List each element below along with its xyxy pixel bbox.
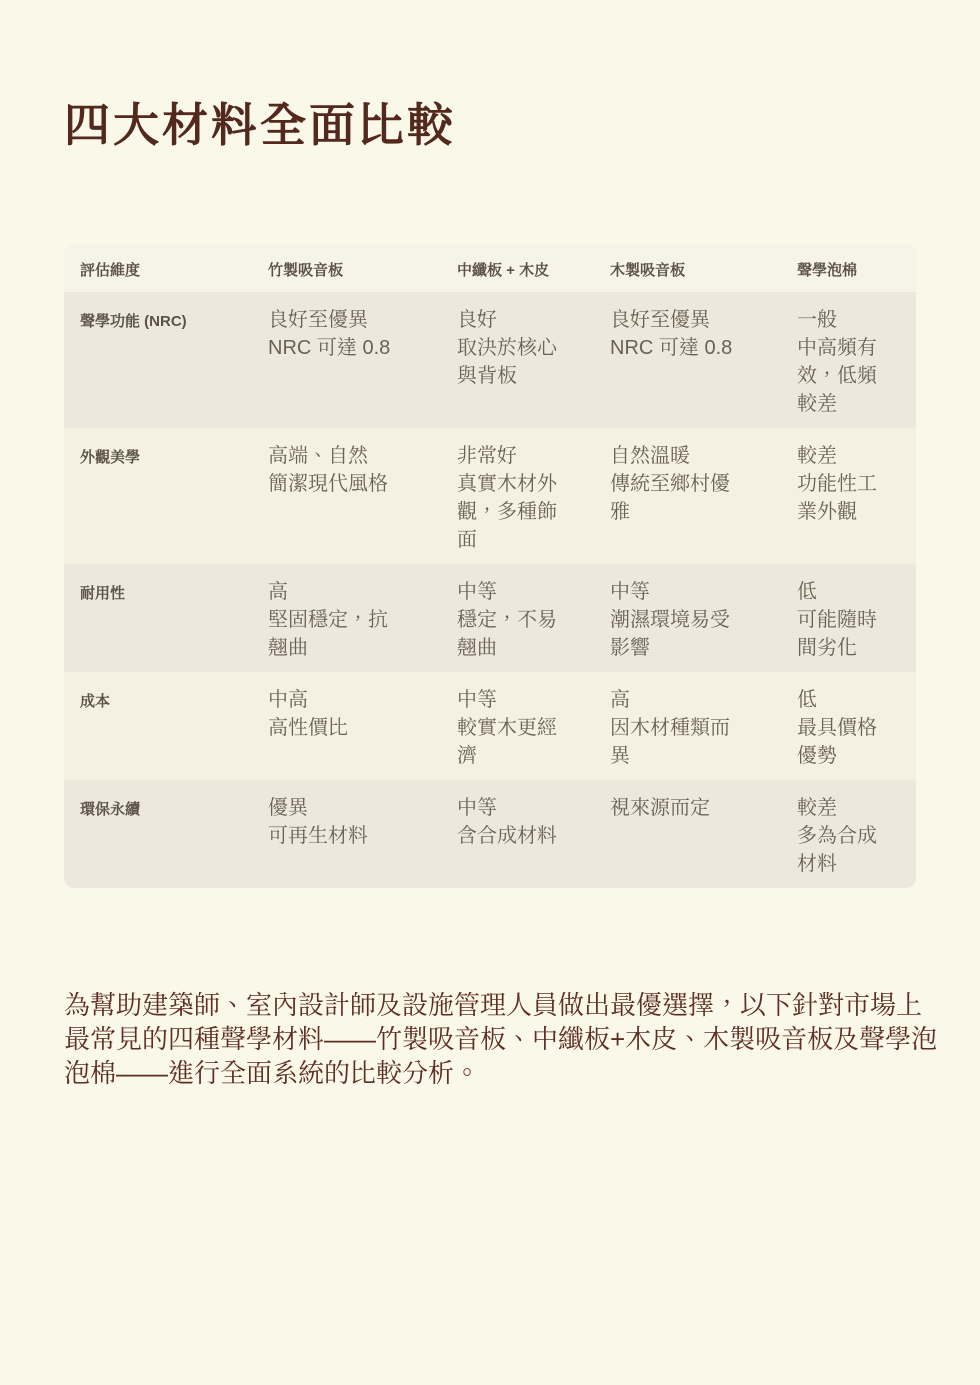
- row-label: 成本: [64, 672, 252, 780]
- page-content: 四大材料全面比較 評估維度 竹製吸音板 中纖板 + 木皮 木製吸音板 聲學泡棉: [0, 96, 980, 1090]
- table-header-row: 評估維度 竹製吸音板 中纖板 + 木皮 木製吸音板 聲學泡棉: [64, 244, 916, 292]
- table-cell: 中高 高性價比: [252, 672, 441, 780]
- table-cell: 低 可能隨時間劣化: [781, 564, 916, 672]
- table-cell: 低 最具價格優勢: [781, 672, 916, 780]
- table-cell: 中等 較實木更經濟: [441, 672, 594, 780]
- column-header-dimension: 評估維度: [64, 244, 252, 292]
- table-cell: 中等 含合成材料: [441, 780, 594, 888]
- page-title: 四大材料全面比較: [64, 96, 916, 156]
- table-cell: 高端、自然 簡潔現代風格: [252, 428, 441, 564]
- table-row-aesthetics: 外觀美學 高端、自然 簡潔現代風格 非常好 真實木材外觀，多種飾面 自然溫暖 傳…: [64, 428, 916, 564]
- table-cell: 良好 取決於核心與背板: [441, 292, 594, 428]
- row-label: 環保永續: [64, 780, 252, 888]
- comparison-table: 評估維度 竹製吸音板 中纖板 + 木皮 木製吸音板 聲學泡棉 聲學功能 (NRC…: [64, 244, 916, 888]
- table-cell: 中等 潮濕環境易受影響: [594, 564, 781, 672]
- intro-paragraph: 為幫助建築師、室內設計師及設施管理人員做出最優選擇，以下針對市場上最常見的四種聲…: [64, 988, 940, 1090]
- table-row-cost: 成本 中高 高性價比 中等 較實木更經濟 高 因木材種類而異 低 最具價格優勢: [64, 672, 916, 780]
- table-cell: 一般 中高頻有效，低頻較差: [781, 292, 916, 428]
- column-header-bamboo-panel: 竹製吸音板: [252, 244, 441, 292]
- table-cell: 較差 功能性工業外觀: [781, 428, 916, 564]
- row-label: 聲學功能 (NRC): [64, 292, 252, 428]
- table-cell: 良好至優異 NRC 可達 0.8: [252, 292, 441, 428]
- comparison-table-container: 評估維度 竹製吸音板 中纖板 + 木皮 木製吸音板 聲學泡棉 聲學功能 (NRC…: [64, 244, 916, 888]
- table-cell: 優異 可再生材料: [252, 780, 441, 888]
- column-header-mdf-veneer: 中纖板 + 木皮: [441, 244, 594, 292]
- row-label: 外觀美學: [64, 428, 252, 564]
- table-cell: 非常好 真實木材外觀，多種飾面: [441, 428, 594, 564]
- table-cell: 高 堅固穩定，抗翹曲: [252, 564, 441, 672]
- table-cell: 高 因木材種類而異: [594, 672, 781, 780]
- table-row-durability: 耐用性 高 堅固穩定，抗翹曲 中等 穩定，不易翹曲 中等 潮濕環境易受影響 低 …: [64, 564, 916, 672]
- column-header-acoustic-foam: 聲學泡棉: [781, 244, 916, 292]
- table-cell: 良好至優異 NRC 可達 0.8: [594, 292, 781, 428]
- table-row-acoustic-performance: 聲學功能 (NRC) 良好至優異 NRC 可達 0.8 良好 取決於核心與背板 …: [64, 292, 916, 428]
- table-cell: 較差 多為合成材料: [781, 780, 916, 888]
- row-label: 耐用性: [64, 564, 252, 672]
- table-row-sustainability: 環保永續 優異 可再生材料 中等 含合成材料 視來源而定 較差 多為合成材料: [64, 780, 916, 888]
- table-cell: 視來源而定: [594, 780, 781, 888]
- table-cell: 中等 穩定，不易翹曲: [441, 564, 594, 672]
- column-header-wood-panel: 木製吸音板: [594, 244, 781, 292]
- table-cell: 自然溫暖 傳統至鄉村優雅: [594, 428, 781, 564]
